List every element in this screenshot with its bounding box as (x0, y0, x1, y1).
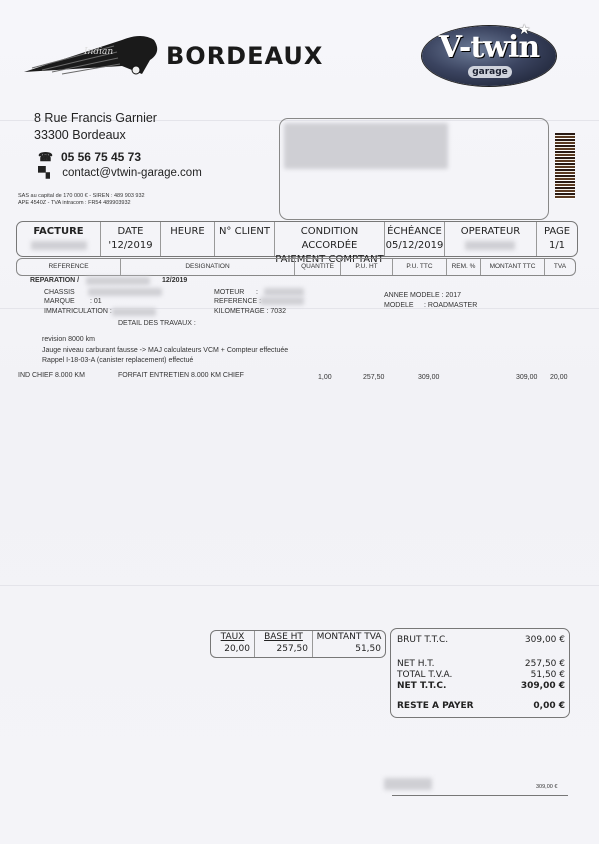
col-tva: TVA (545, 259, 575, 275)
col-designation: DESIGNATION (121, 259, 295, 275)
footer-divider (392, 795, 568, 796)
cell-echeance: ÉCHÉANCE 05/12/2019 (385, 222, 445, 256)
totals-box: BRUT T.T.C. 309,00 € NET H.T. 257,50 € T… (390, 628, 570, 718)
redacted-repair-id (86, 277, 150, 285)
details-label: DETAIL DES TRAVAUX : (118, 320, 196, 327)
chat-bubble-icon: ▀▖ (38, 167, 54, 179)
email-link[interactable]: contact@vtwin-garage.com (62, 167, 202, 179)
page-label: PAGE (537, 225, 577, 239)
legal-line2: APE 4540Z - TVA intracom : FR54 48990393… (18, 200, 131, 206)
star-icon: ★ (518, 22, 531, 38)
svg-text:Indian: Indian (83, 47, 113, 57)
footer-amount: 309,00 € (536, 784, 557, 790)
operateur-label: OPERATEUR (445, 225, 536, 239)
logo-title: V-twin (422, 30, 556, 65)
redacted-engine (264, 288, 304, 296)
date-label: DATE (101, 225, 160, 239)
modele-label: MODELE (384, 302, 414, 309)
line-montant-ttc: 309,00 (516, 374, 537, 381)
col-quantite: QUANTITE (295, 259, 341, 275)
vtwin-garage-logo: V-twin garage (422, 26, 556, 86)
condition-label: CONDITION ACCORDÉE (275, 225, 384, 253)
cell-heure: HEURE (161, 222, 215, 256)
client-label: N° CLIENT (215, 225, 274, 239)
line-quantite: 1,00 (318, 374, 332, 381)
total-tva-label: TOTAL T.V.A. (397, 670, 452, 681)
line-pu-ttc: 309,00 (418, 374, 439, 381)
net-ttc-label: NET T.T.C. (397, 681, 446, 692)
col-montant-ttc: MONTANT TTC (481, 259, 545, 275)
reste-row: RESTE A PAYER 0,00 € (397, 701, 565, 712)
kilometrage: KILOMETRAGE : 7032 (214, 308, 286, 315)
repair-title: REPARATION / (30, 277, 79, 284)
line-pu-ht: 257,50 (363, 374, 384, 381)
cell-operateur: OPERATEUR (445, 222, 537, 256)
chassis-label: CHASSIS (44, 289, 75, 296)
vat-summary-table: TAUX 20,00 BASE HT 257,50 MONTANT TVA 51… (210, 630, 386, 658)
marque-label: MARQUE (44, 298, 75, 305)
heure-label: HEURE (161, 225, 214, 239)
invoice-page: Indian BORDEAUX V-twin garage ★ 8 Rue Fr… (0, 0, 599, 844)
address-line1: 8 Rue Francis Garnier (34, 111, 157, 125)
total-tva-row: TOTAL T.V.A. 51,50 € (397, 670, 565, 681)
echeance-label: ÉCHÉANCE (385, 225, 444, 239)
redacted-recipient (284, 123, 448, 169)
net-ttc-row: NET T.T.C. 309,00 € (397, 681, 565, 692)
net-ttc-value: 309,00 € (521, 681, 565, 692)
line-reference: IND CHIEF 8.000 KM (18, 372, 85, 379)
modele-value: : ROADMASTER (424, 302, 477, 309)
telephone-icon: ☎ (38, 150, 53, 164)
brand-city: BORDEAUX (166, 42, 323, 70)
vat-montant-col: MONTANT TVA 51,50 (313, 631, 385, 657)
reference-label: REFERENCE : (214, 298, 261, 305)
moteur-label: MOTEUR (214, 289, 244, 296)
moteur-sep: : (256, 289, 258, 296)
detail-line: revision 8000 km (42, 336, 95, 343)
vat-base: 257,50 (255, 643, 312, 656)
total-brut-row: BRUT T.T.C. 309,00 € (397, 635, 565, 646)
facture-label: FACTURE (17, 225, 100, 239)
redacted-operator (465, 241, 515, 250)
cell-client: N° CLIENT (215, 222, 275, 256)
cell-facture: FACTURE (17, 222, 101, 256)
redacted-invoice-number (31, 241, 87, 250)
line-items-header: REFERENCE DESIGNATION QUANTITE P.U. HT P… (16, 258, 576, 276)
phone-number: 05 56 75 45 73 (61, 150, 141, 164)
vat-montant: 51,50 (313, 643, 385, 656)
annee-modele: ANNEE MODELE : 2017 (384, 292, 461, 299)
echeance-value: 05/12/2019 (385, 239, 444, 253)
redacted-chassis (88, 288, 162, 296)
brut-value: 309,00 € (525, 635, 565, 646)
net-ht-value: 257,50 € (525, 659, 565, 670)
phone-row: ☎05 56 75 45 73 (38, 150, 141, 164)
indian-headdress-logo: Indian (22, 30, 162, 78)
invoice-header-table: FACTURE DATE '12/2019 HEURE N° CLIENT CO… (16, 221, 578, 257)
vat-taux: 20,00 (211, 643, 254, 656)
repair-date: 12/2019 (162, 277, 187, 284)
email-row: ▀▖contact@vtwin-garage.com (38, 166, 202, 179)
line-designation: FORFAIT ENTRETIEN 8.000 KM CHIEF (118, 372, 244, 379)
reste-label: RESTE A PAYER (397, 701, 474, 712)
vat-base-col: BASE HT 257,50 (255, 631, 313, 657)
vat-taux-col: TAUX 20,00 (211, 631, 255, 657)
immatriculation-label: IMMATRICULATION : (44, 308, 112, 315)
fold-line (0, 585, 599, 586)
vat-taux-label: TAUX (211, 631, 254, 643)
marque-value: : 01 (90, 298, 102, 305)
vat-montant-label: MONTANT TVA (313, 631, 385, 643)
redacted-reference (260, 297, 304, 305)
redacted-footer (384, 778, 432, 790)
net-ht-row: NET H.T. 257,50 € (397, 659, 565, 670)
detail-line: Rappel I-18-03-A (canister replacement) … (42, 357, 193, 364)
recipient-address-box (279, 118, 549, 220)
redacted-plate (112, 308, 156, 316)
total-tva-value: 51,50 € (531, 670, 565, 681)
page-value: 1/1 (537, 239, 577, 253)
detail-line: Jauge niveau carburant fausse -> MAJ cal… (42, 347, 288, 354)
address-line2: 33300 Bordeaux (34, 128, 126, 142)
cell-date: DATE '12/2019 (101, 222, 161, 256)
legal-line1: SAS au capital de 170 000 € - SIREN : 48… (18, 193, 145, 199)
vat-base-label: BASE HT (255, 631, 312, 643)
col-pu-ttc: P.U. TTC (393, 259, 447, 275)
brut-label: BRUT T.T.C. (397, 635, 448, 646)
col-remise: REM. % (447, 259, 481, 275)
cell-page: PAGE 1/1 (537, 222, 577, 256)
cell-condition: CONDITION ACCORDÉE PAIEMENT COMPTANT (275, 222, 385, 256)
logo-subtitle: garage (468, 66, 512, 78)
net-ht-label: NET H.T. (397, 659, 435, 670)
col-reference: REFERENCE (17, 259, 121, 275)
line-tva: 20,00 (550, 374, 568, 381)
reste-value: 0,00 € (533, 701, 565, 712)
barcode (555, 133, 575, 199)
col-pu-ht: P.U. HT (341, 259, 393, 275)
date-value: '12/2019 (101, 239, 160, 253)
